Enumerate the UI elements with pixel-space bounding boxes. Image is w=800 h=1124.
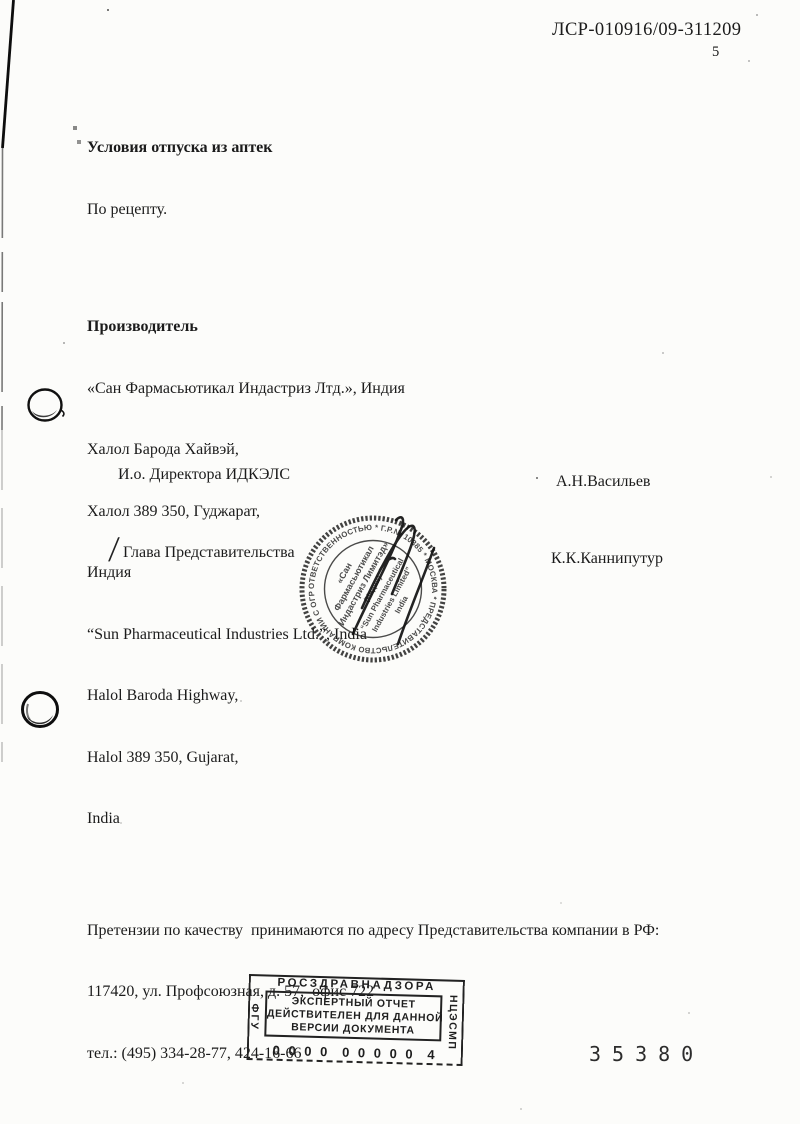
signatory-title-head: Глава Представительства xyxy=(123,544,295,562)
claims-line: Претензии по качеству принимаются по адр… xyxy=(87,921,747,942)
punch-hole-top xyxy=(25,386,69,428)
manufacturer-line: «Сан Фармасьютикал Индастриз Лтд.», Инди… xyxy=(87,379,747,400)
signatory-name-kanniputur: К.К.Каннипутур xyxy=(551,550,663,568)
scan-noise-specks xyxy=(0,0,2,2)
stamp-counter: 0 0 0 0 0 0 0 0 0 4 xyxy=(249,1042,461,1063)
scan-edge-artifact xyxy=(0,0,22,800)
document-page: ЛСР-010916/09-311209 5 Условия отпуска и… xyxy=(0,0,800,1124)
manufacturer-line: Халол Барода Хайвэй, xyxy=(87,440,747,461)
registration-number: ЛСР-010916/09-311209 xyxy=(552,20,741,41)
page-number: 5 xyxy=(712,44,719,61)
company-round-stamp: ОТВЕТСТВЕННОСТЬЮ * Г.Р.№ 10385 * МОСКВА … xyxy=(296,512,450,666)
manufacturer-heading: Производитель xyxy=(87,317,747,338)
punch-hole-bottom xyxy=(18,688,64,734)
archive-serial-number: 35380 xyxy=(589,1042,704,1066)
manufacturer-line: Halol 389 350, Gujarat, xyxy=(87,748,747,769)
stamp-left-abbr: ФГУ xyxy=(248,1003,261,1031)
stamp-right-abbr: НЦЭСМП xyxy=(445,995,459,1051)
dispensing-value: По рецепту. xyxy=(87,200,747,221)
manufacturer-line: Halol Baroda Highway, xyxy=(87,686,747,707)
dispensing-heading: Условия отпуска из аптек xyxy=(87,138,747,159)
signatory-name-vasilev: А.Н.Васильев xyxy=(556,473,650,491)
manufacturer-line: India xyxy=(87,809,747,830)
roszdravnadzor-stamp: РОСЗДРАВНАДЗОРА ФГУ НЦЭСМП ЭКСПЕРТНЫЙ ОТ… xyxy=(247,974,465,1066)
signatory-title-director: И.о. Директора ИДКЭЛС xyxy=(118,466,290,484)
stamp-inner-box: ЭКСПЕРТНЫЙ ОТЧЕТ ДЕЙСТВИТЕЛЕН ДЛЯ ДАННОЙ… xyxy=(264,990,442,1041)
